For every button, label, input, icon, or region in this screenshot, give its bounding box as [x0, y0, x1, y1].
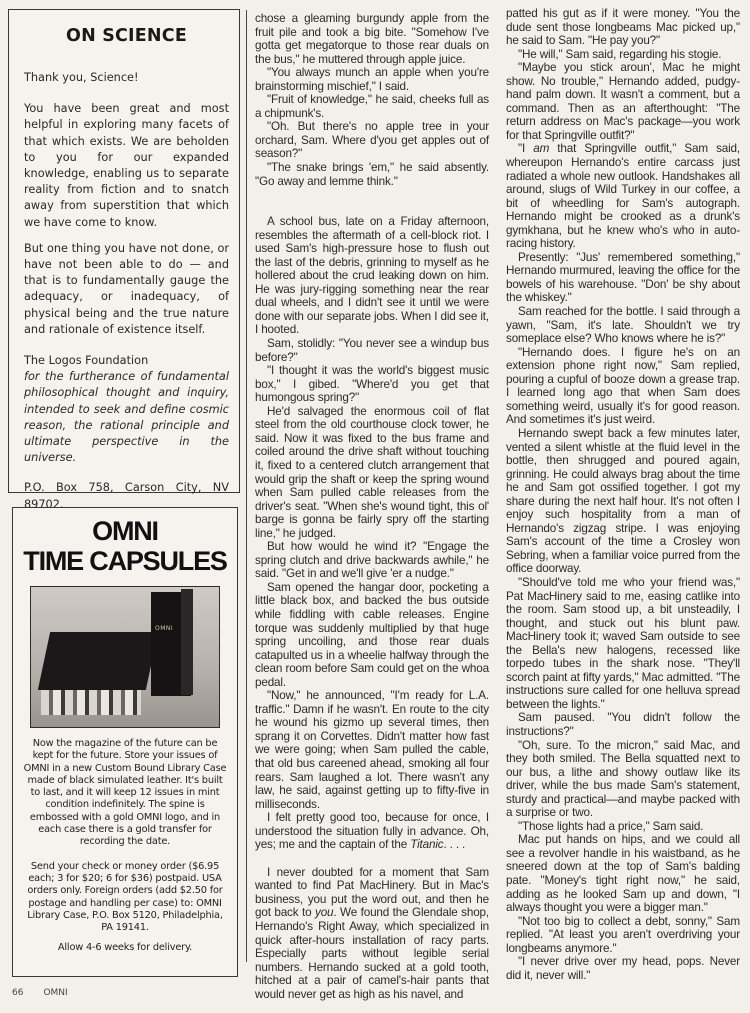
story-paragraph: Presently: "Jus' remembered something," …	[506, 251, 740, 305]
story-paragraph: "He will," Sam said, regarding his stogi…	[506, 48, 740, 62]
italic-word: you	[315, 906, 333, 919]
story-paragraph: "Now," he announced, "I'm ready for L.A.…	[255, 689, 489, 811]
story-paragraph: "Oh. But there's no apple tree in your o…	[255, 120, 489, 161]
ad-order-info: Send your check or money order ($6.95 ea…	[23, 861, 227, 935]
story-paragraph: "Those lights had a price," Sam said.	[506, 820, 740, 834]
flat-case-image	[38, 632, 158, 690]
story-paragraph: "I thought it was the world's biggest mu…	[255, 364, 489, 405]
ad-greeting: Thank you, Science!	[24, 70, 229, 86]
story-section-start: A school bus, late on a Friday afternoon…	[255, 215, 489, 337]
ad-delivery-note: Allow 4-6 weeks for delivery.	[23, 942, 227, 954]
story-paragraph: "I never drive over my head, pops. Never…	[506, 955, 740, 982]
story-paragraph: "Should've told me who your friend was,"…	[506, 576, 740, 711]
ad-paragraph: You have been great and most helpful in …	[24, 101, 229, 231]
story-column-right: patted his gut as if it were money. "You…	[506, 7, 740, 982]
story-text: "I	[518, 142, 533, 155]
story-text: that Springville outfit," Sam said, wher…	[506, 142, 740, 250]
story-paragraph: "The snake brings 'em," he said absently…	[255, 161, 489, 188]
ellipsis: . . . .	[443, 838, 465, 851]
story-paragraph: Mac put hands on hips, and we could all …	[506, 833, 740, 914]
story-paragraph: "Maybe you stick aroun', Mac he might sh…	[506, 61, 740, 142]
ad-title-line2: TIME CAPSULES	[23, 546, 227, 576]
story-paragraph: patted his gut as if it were money. "You…	[506, 7, 740, 48]
folio: 66OMNI	[12, 988, 88, 998]
story-paragraph: I felt pretty good too, because for once…	[255, 811, 489, 852]
story-paragraph: "Hernando does. I figure he's on an exte…	[506, 346, 740, 427]
org-mission: for the furtherance of fundamental philo…	[24, 369, 229, 466]
story-paragraph: Hernando swept back a few minutes later,…	[506, 427, 740, 576]
story-paragraph: chose a gleaming burgundy apple from the…	[255, 12, 489, 66]
story-section-start: I never doubted for a moment that Sam wa…	[255, 866, 489, 1001]
story-paragraph: "I am that Springville outfit," Sam said…	[506, 142, 740, 250]
library-case-photo: OMNI	[30, 586, 220, 728]
ad-title-line1: OMNI	[23, 516, 227, 546]
story-paragraph: Sam reached for the bottle. I said throu…	[506, 305, 740, 346]
on-science-ad: ON SCIENCE Thank you, Science! You have …	[8, 9, 240, 493]
ad-paragraph: But one thing you have not done, or have…	[24, 241, 229, 338]
story-paragraph: "Not too big to collect a debt, sonny," …	[506, 915, 740, 956]
story-paragraph: He'd salvaged the enormous coil of flat …	[255, 405, 489, 540]
story-paragraph: But how would he wind it? "Engage the sp…	[255, 540, 489, 581]
omni-time-capsules-ad: OMNI TIME CAPSULES OMNI Now the magazine…	[12, 507, 238, 977]
page-number: 66	[12, 988, 23, 998]
magazine-page: ON SCIENCE Thank you, Science! You have …	[0, 0, 750, 1013]
story-paragraph: Sam, stolidly: "You never see a windup b…	[255, 337, 489, 364]
story-paragraph: Sam opened the hangar door, pocketing a …	[255, 581, 489, 689]
story-column-middle: chose a gleaming burgundy apple from the…	[255, 12, 489, 1001]
story-paragraph: "Fruit of knowledge," he said, cheeks fu…	[255, 93, 489, 120]
story-text: . We found the Glendale shop, Hernando's…	[255, 906, 489, 1000]
italic-title: Titanic	[410, 838, 443, 851]
column-divider	[246, 10, 247, 962]
story-paragraph: "You always munch an apple when you're b…	[255, 66, 489, 93]
case-logo-text: OMNI	[155, 625, 173, 632]
magazine-name: OMNI	[43, 988, 67, 998]
story-paragraph: "Oh, sure. To the micron," said Mac, and…	[506, 739, 740, 820]
italic-word: am	[533, 142, 549, 155]
ad-title: ON SCIENCE	[24, 26, 229, 46]
standing-case-side	[181, 589, 193, 695]
org-name: The Logos Foundation	[24, 353, 229, 369]
story-paragraph: Sam paused. "You didn't follow the instr…	[506, 711, 740, 738]
ad-description: Now the magazine of the future can be ke…	[23, 738, 227, 849]
